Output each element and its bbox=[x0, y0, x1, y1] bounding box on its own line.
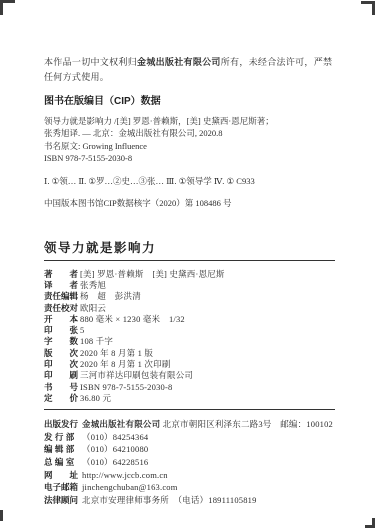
book-title: 领导力就是影响力 bbox=[44, 240, 335, 256]
pub-label: 电子邮箱 bbox=[44, 481, 82, 494]
meta-row-proofreader: 责任校对欧阳云 bbox=[44, 303, 335, 314]
title-divider bbox=[44, 260, 335, 261]
meta-row-printer: 印 刷三河市祥达印刷包装有限公司 bbox=[44, 370, 335, 381]
meta-value: 2020 年 8 月第 1 次印刷 bbox=[80, 359, 171, 369]
pub-value: 金城出版社有限公司 北京市朝阳区利泽东二路3号 邮编：100102 bbox=[82, 419, 333, 429]
meta-label: 印 刷 bbox=[44, 370, 80, 381]
meta-row-author: 著 者[美] 罗恩·普赖斯 [美] 史黛西·恩尼斯 bbox=[44, 269, 335, 280]
pub-row-chief-office: 总 编 室（010）64228516 bbox=[44, 456, 335, 469]
copyright-page: 本作品一切中文权利归金城出版社有限公司所有，未经合法许可，严禁任何方式使用。 图… bbox=[0, 0, 375, 528]
page-content: 本作品一切中文权利归金城出版社有限公司所有，未经合法许可，严禁任何方式使用。 图… bbox=[44, 46, 335, 506]
pub-label: 总 编 室 bbox=[44, 456, 82, 469]
crop-mark-top-left bbox=[0, 0, 15, 15]
pub-row-legal-counsel: 法律顾问北京市安理律师事务所 （电话）18911105819 bbox=[44, 494, 335, 507]
pub-value: （010）64210080 bbox=[82, 444, 148, 454]
meta-row-edition: 版 次2020 年 8 月第 1 版 bbox=[44, 348, 335, 359]
meta-row-editor: 责任编辑杨 超 彭洪清 bbox=[44, 291, 335, 302]
crop-mark-top-right bbox=[361, 1, 375, 15]
meta-value: [美] 罗恩·普赖斯 [美] 史黛西·恩尼斯 bbox=[80, 269, 225, 279]
meta-value: 三河市祥达印刷包装有限公司 bbox=[80, 370, 193, 380]
pub-value: （010）84254364 bbox=[82, 432, 148, 442]
meta-value: 杨 超 彭洪清 bbox=[80, 291, 141, 301]
meta-row-printing: 印 次2020 年 8 月第 1 次印刷 bbox=[44, 359, 335, 370]
meta-label: 印 张 bbox=[44, 325, 80, 336]
meta-label: 著 者 bbox=[44, 269, 80, 280]
meta-value: 欧阳云 bbox=[80, 303, 106, 313]
meta-label: 译 者 bbox=[44, 280, 80, 291]
copyright-notice: 本作品一切中文权利归金城出版社有限公司所有，未经合法许可，严禁任何方式使用。 bbox=[44, 55, 335, 85]
meta-value: 2020 年 8 月第 1 版 bbox=[80, 348, 153, 358]
pub-value: http://www.jccb.com.cn bbox=[82, 470, 168, 480]
meta-label: 定 价 bbox=[44, 393, 80, 404]
meta-value: 5 bbox=[80, 325, 84, 335]
publisher-contact-table: 出版发行金城出版社有限公司 北京市朝阳区利泽东二路3号 邮编：100102 发 … bbox=[44, 418, 335, 506]
meta-label: 开 本 bbox=[44, 314, 80, 325]
pub-label: 出版发行 bbox=[44, 418, 82, 431]
cip-line-isbn: ISBN 978-7-5155-2030-8 bbox=[44, 152, 335, 164]
cip-catalog-block: 领导力就是影响力 /[美] 罗恩·普赖斯，[美] 史黛西·恩尼斯著； 张秀旭译.… bbox=[44, 115, 335, 165]
cip-line-translator-publisher: 张秀旭译. — 北京：金城出版社有限公司, 2020.8 bbox=[44, 127, 335, 139]
meta-row-sheets: 印 张5 bbox=[44, 325, 335, 336]
copyright-prefix: 本作品一切中文权利归 bbox=[44, 57, 137, 67]
meta-row-wordcount: 字 数108 千字 bbox=[44, 336, 335, 347]
cip-registry-number: 中国版本图书馆CIP数据核字（2020）第 108486 号 bbox=[44, 197, 335, 209]
pub-row-email: 电子邮箱jinchengchuban@163.com bbox=[44, 481, 335, 494]
cip-classification: Ⅰ. ①领… Ⅱ. ①罗…②史…③张… Ⅲ. ①领导学 Ⅳ. ① C933 bbox=[44, 175, 335, 187]
cip-line-title-authors: 领导力就是影响力 /[美] 罗恩·普赖斯，[美] 史黛西·恩尼斯著； bbox=[44, 115, 335, 127]
publisher-name: 金城出版社有限公司 bbox=[82, 419, 160, 429]
meta-value: 108 千字 bbox=[80, 336, 113, 346]
meta-value: 张秀旭 bbox=[80, 280, 106, 290]
pub-row-publisher: 出版发行金城出版社有限公司 北京市朝阳区利泽东二路3号 邮编：100102 bbox=[44, 418, 335, 431]
crop-mark-bottom-right bbox=[365, 518, 375, 528]
pub-row-editorial: 编 辑 部（010）64210080 bbox=[44, 443, 335, 456]
meta-label: 印 次 bbox=[44, 359, 80, 370]
pub-label: 发 行 部 bbox=[44, 431, 82, 444]
pub-row-website: 网 址http://www.jccb.com.cn bbox=[44, 469, 335, 482]
meta-label: 书 号 bbox=[44, 382, 80, 393]
publisher-divider bbox=[44, 409, 335, 410]
pub-label: 编 辑 部 bbox=[44, 443, 82, 456]
cip-line-original-title: 书名原文: Growing Influence bbox=[44, 140, 335, 152]
pub-value: jinchengchuban@163.com bbox=[82, 482, 178, 492]
copyright-publisher-name: 金城出版社有限公司 bbox=[137, 57, 221, 67]
meta-row-isbn: 书 号ISBN 978-7-5155-2030-8 bbox=[44, 382, 335, 393]
pub-label: 网 址 bbox=[44, 469, 82, 482]
pub-label: 法律顾问 bbox=[44, 494, 82, 507]
meta-label: 责任编辑 bbox=[44, 291, 80, 302]
meta-label: 字 数 bbox=[44, 336, 80, 347]
meta-row-format: 开 本880 毫米 × 1230 毫米 1/32 bbox=[44, 314, 335, 325]
crop-mark-bottom-left bbox=[0, 510, 3, 521]
meta-label: 责任校对 bbox=[44, 303, 80, 314]
book-metadata-table: 著 者[美] 罗恩·普赖斯 [美] 史黛西·恩尼斯 译 者张秀旭 责任编辑杨 超… bbox=[44, 269, 335, 405]
pub-row-distribution: 发 行 部（010）84254364 bbox=[44, 431, 335, 444]
meta-label: 版 次 bbox=[44, 348, 80, 359]
cip-heading: 图书在版编目（CIP）数据 bbox=[44, 96, 335, 108]
pub-value: （010）64228516 bbox=[82, 457, 148, 467]
meta-value: 36.80 元 bbox=[80, 393, 111, 403]
meta-row-price: 定 价36.80 元 bbox=[44, 393, 335, 404]
publisher-address: 北京市朝阳区利泽东二路3号 邮编：100102 bbox=[160, 419, 333, 429]
meta-row-translator: 译 者张秀旭 bbox=[44, 280, 335, 291]
meta-value: 880 毫米 × 1230 毫米 1/32 bbox=[80, 314, 185, 324]
meta-value: ISBN 978-7-5155-2030-8 bbox=[80, 382, 172, 392]
pub-value: 北京市安理律师事务所 （电话）18911105819 bbox=[82, 495, 257, 505]
